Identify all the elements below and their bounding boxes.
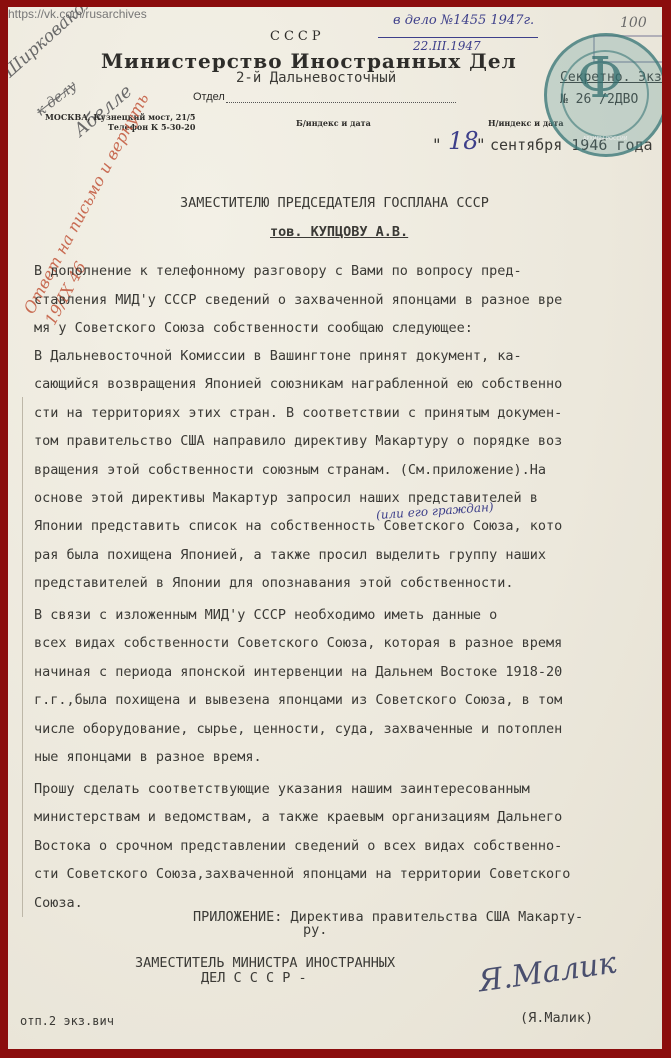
body-line: мя у Советского Союза собственности сооб… [34, 320, 473, 336]
body-line: Прошу сделать соответствующие указания н… [34, 781, 530, 797]
appendix-line-1: ПРИЛОЖЕНИЕ: Директива правительства США … [193, 909, 583, 925]
body-line: сти на территориях этих стран. В соответ… [34, 405, 562, 421]
letterhead-otdel-label: Отдел [193, 91, 225, 103]
signatory-title-1: ЗАМЕСТИТЕЛЬ МИНИСТРА ИНОСТРАННЫХ [135, 955, 395, 971]
date-open-quote: " [432, 135, 442, 154]
letterhead-country: СССР [270, 29, 325, 44]
body-line: сающийся возвращения Японией союзникам н… [34, 376, 562, 392]
registry-number: 100 [620, 15, 647, 31]
otdel-dotted-line [226, 102, 456, 103]
addressee-title: ЗАМЕСТИТЕЛЮ ПРЕДСЕДАТЕЛЯ ГОСПЛАНА СССР [180, 195, 489, 211]
signatory-name: (Я.Малик) [520, 1010, 593, 1026]
body-line: Востока о срочном представлении сведений… [34, 838, 562, 854]
archive-file-note: в дело №1455 1947г. [393, 13, 534, 28]
body-line: начиная с периода японской интервенции н… [34, 664, 562, 680]
left-margin-line [22, 397, 23, 917]
archive-watermark: https://vk.com/rusarchives [8, 7, 662, 21]
seal-bottom-text: АРХИВЫ РОССИИ [583, 136, 627, 142]
appendix-line-2: ру. [303, 922, 327, 938]
document-page: в дело №1455 1947г. 22.III.1947 Ширковак… [8, 7, 662, 1049]
body-line: г.г.,была похищена и вывезена японцами и… [34, 692, 562, 708]
body-line: министерствам и ведомствам, а также крае… [34, 809, 562, 825]
signatory-title-2: ДЕЛ С С С Р - [201, 970, 307, 986]
date-close-quote: " [476, 135, 486, 154]
archive-seal: Ф ФЕДЕРАЛЬНОЕ АРХИВНОЕ АГЕНТСТВО АРХИВЫ … [544, 33, 662, 157]
body-line: В связи с изложенным МИД'у СССР необходи… [34, 607, 497, 623]
body-line: В Дальневосточной Комиссии в Вашингтоне … [34, 348, 522, 364]
index-label-outgoing: Б/индекс и дата [296, 118, 371, 128]
date-day: 18 [448, 127, 479, 155]
handwritten-signature: Я.Малик [476, 946, 618, 1000]
body-line: ставления МИД'у СССР сведений о захвачен… [34, 292, 562, 308]
body-line: рая была похищена Японией, а также проси… [34, 547, 546, 563]
body-line: В дополнение к телефонному разговору с В… [34, 263, 522, 279]
body-line: числе оборудование, сырье, ценности, суд… [34, 721, 562, 737]
letterhead-department: 2-й Дальневосточный [236, 70, 396, 86]
body-line: сти Советского Союза,захваченной японцам… [34, 866, 570, 882]
body-line: том правительство США направило директив… [34, 433, 562, 449]
body-line: всех видах собственности Советского Союз… [34, 635, 562, 651]
addressee-name: тов. КУПЦОВУ А.В. [270, 224, 408, 240]
body-line: ные японцами в разное время. [34, 749, 262, 765]
body-line: Союза. [34, 895, 83, 911]
body-line: Японии представить список на собственнос… [34, 518, 562, 534]
body-line: вращения этой собственности союзным стра… [34, 462, 546, 478]
archive-note-underline [378, 37, 538, 38]
seal-monogram: Ф [577, 46, 623, 111]
body-line: представителей в Японии для опознавания … [34, 575, 514, 591]
copies-note: отп.2 экз.вич [20, 1014, 114, 1028]
